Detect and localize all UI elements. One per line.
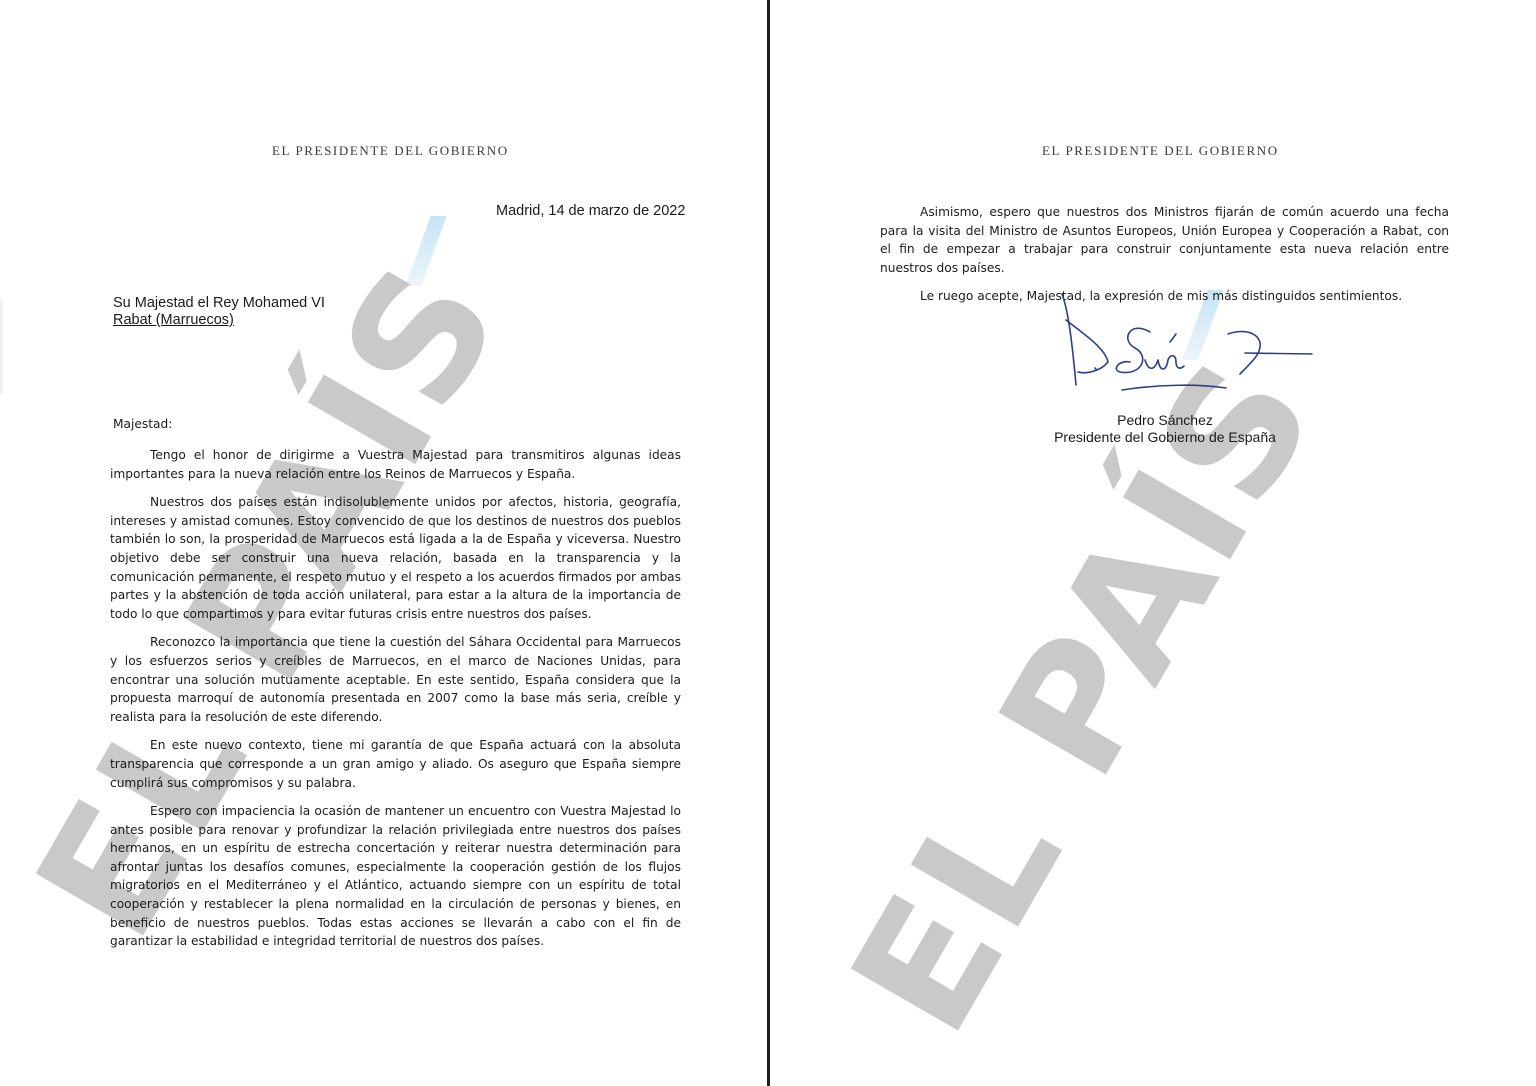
- letterhead: EL PRESIDENTE DEL GOBIERNO: [272, 143, 509, 159]
- page-edge-shadow: [0, 300, 4, 395]
- paragraph: En este nuevo contexto, tiene mi garantí…: [110, 736, 681, 792]
- paragraph: Asimismo, espero que nuestros dos Minist…: [880, 203, 1449, 277]
- signer-name: Pedro Sánchez: [1040, 412, 1290, 429]
- signature-block: Pedro Sánchez Presidente del Gobierno de…: [1040, 412, 1290, 446]
- paragraph: Tengo el honor de dirigirme a Vuestra Ma…: [110, 446, 681, 483]
- signer-title: Presidente del Gobierno de España: [1040, 429, 1290, 446]
- paragraph: Reconozco la importancia que tiene la cu…: [110, 633, 681, 726]
- page-divider: [767, 0, 770, 1086]
- signature: [1050, 290, 1330, 405]
- paragraph: Espero con impaciencia la ocasión de man…: [110, 802, 681, 951]
- recipient-name: Su Majestad el Rey Mohamed VI: [113, 295, 325, 312]
- letter-body-page-1: Tengo el honor de dirigirme a Vuestra Ma…: [110, 446, 681, 961]
- recipient-location: Rabat (Marruecos): [113, 312, 325, 329]
- letter-page-2: [771, 0, 1536, 1086]
- letterhead: EL PRESIDENTE DEL GOBIERNO: [1042, 143, 1279, 159]
- paragraph: Nuestros dos países están indisolublemen…: [110, 493, 681, 623]
- salutation: Majestad:: [113, 415, 172, 434]
- recipient-block: Su Majestad el Rey Mohamed VI Rabat (Mar…: [113, 295, 325, 329]
- salutation-text: Majestad:: [113, 417, 172, 431]
- place-date: Madrid, 14 de marzo de 2022: [496, 203, 685, 219]
